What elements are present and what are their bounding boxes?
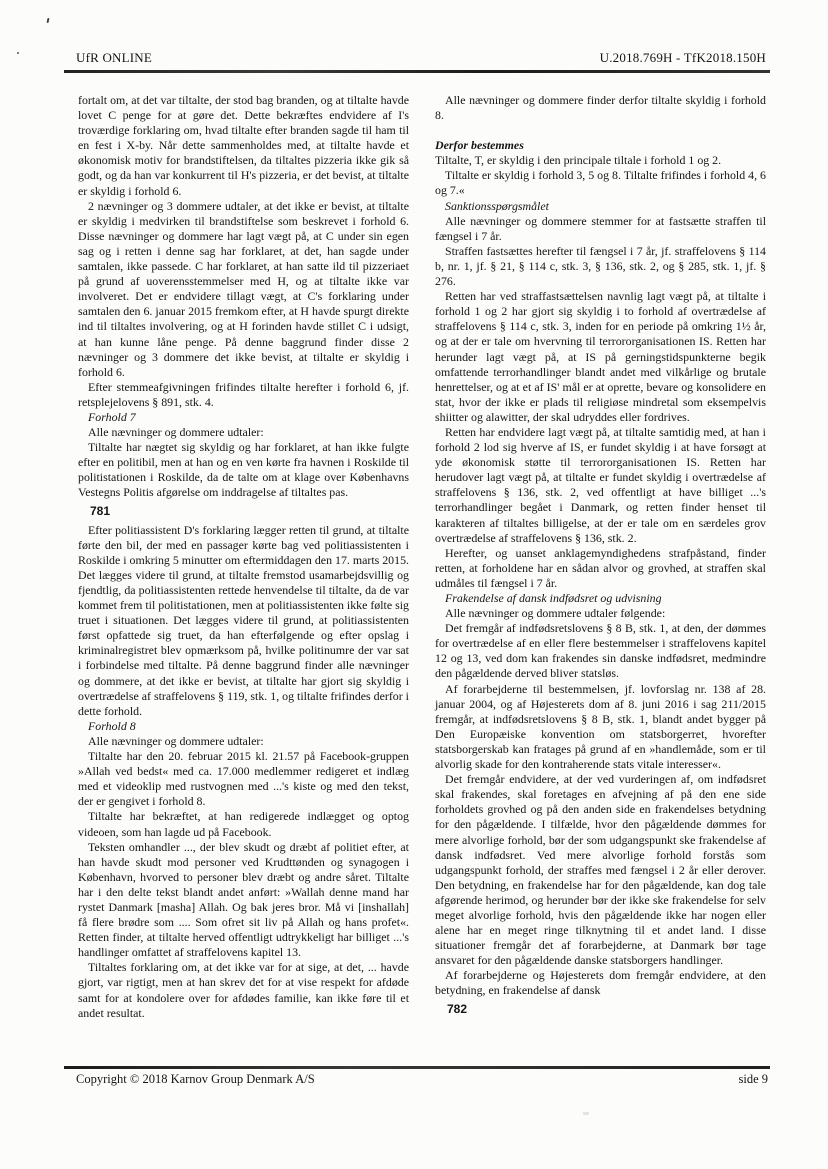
paragraph: fortalt om, at det var tiltalte, der sto… [78, 93, 409, 199]
report-page-number: 781 [78, 504, 409, 519]
paragraph: Alle nævninger og dommere finder derfor … [435, 93, 766, 123]
paragraph: Det fremgår af indfødsretslovens § 8 B, … [435, 621, 766, 681]
paragraph: Alle nævninger og dommere udtaler: [78, 425, 409, 440]
paragraph: Tiltalte er skyldig i forhold 3, 5 og 8.… [435, 168, 766, 198]
paragraph: Retten har ved straffastsættelsen navnli… [435, 289, 766, 425]
scan-artifact-dot [17, 52, 19, 54]
publication-title: UfR ONLINE [76, 50, 152, 66]
header-divider [64, 70, 770, 73]
paragraph: Det fremgår endvidere, at der ved vurder… [435, 772, 766, 968]
page-header: UfR ONLINE U.2018.769H - TfK2018.150H [76, 50, 766, 66]
paragraph: Straffen fastsættes herefter til fængsel… [435, 244, 766, 289]
scan-artifact-smudge [583, 1112, 589, 1115]
paragraph: Tiltalte, T, er skyldig i den principale… [435, 153, 766, 168]
page-footer: Copyright © 2018 Karnov Group Denmark A/… [76, 1072, 768, 1087]
paragraph: Alle nævninger og dommere stemmer for at… [435, 214, 766, 244]
paragraph: Efter stemmeafgivningen frifindes tiltal… [78, 380, 409, 410]
document-page: UfR ONLINE U.2018.769H - TfK2018.150H fo… [0, 0, 828, 1169]
footer-divider [64, 1066, 770, 1069]
paragraph: 2 nævninger og 3 dommere udtaler, at det… [78, 199, 409, 380]
section-heading: Sanktionsspørgsmålet [435, 199, 766, 214]
page-number: side 9 [738, 1072, 768, 1087]
paragraph: Retten har endvidere lagt vægt på, at ti… [435, 425, 766, 546]
section-heading: Forhold 8 [78, 719, 409, 734]
paragraph: Alle nævninger og dommere udtaler: [78, 734, 409, 749]
document-body: fortalt om, at det var tiltalte, der sto… [78, 93, 766, 1053]
case-reference: U.2018.769H - TfK2018.150H [600, 50, 766, 66]
paragraph: Tiltalte har nægtet sig skyldig og har f… [78, 440, 409, 500]
right-column: Alle nævninger og dommere finder derfor … [435, 93, 766, 1053]
paragraph: Teksten omhandler ..., der blev skudt og… [78, 840, 409, 961]
section-heading: Forhold 7 [78, 410, 409, 425]
paragraph: Af forarbejderne og Højesterets dom frem… [435, 968, 766, 998]
section-heading: Frakendelse af dansk indfødsret og udvis… [435, 591, 766, 606]
paragraph: Alle nævninger og dommere udtaler følgen… [435, 606, 766, 621]
paragraph: Tiltalte har bekræftet, at han redigered… [78, 809, 409, 839]
paragraph: Efter politiassistent D's forklaring læg… [78, 523, 409, 719]
report-page-number: 782 [435, 1002, 766, 1017]
decision-heading: Derfor bestemmes [435, 138, 766, 153]
paragraph: Tiltaltes forklaring om, at det ikke var… [78, 960, 409, 1020]
copyright-notice: Copyright © 2018 Karnov Group Denmark A/… [76, 1072, 315, 1087]
paragraph: Tiltalte har den 20. februar 2015 kl. 21… [78, 749, 409, 809]
left-column: fortalt om, at det var tiltalte, der sto… [78, 93, 409, 1053]
paragraph: Herefter, og uanset anklagemyndighedens … [435, 546, 766, 591]
paragraph: Af forarbejderne til bestemmelsen, jf. l… [435, 682, 766, 773]
scan-artifact-mark [47, 18, 50, 23]
